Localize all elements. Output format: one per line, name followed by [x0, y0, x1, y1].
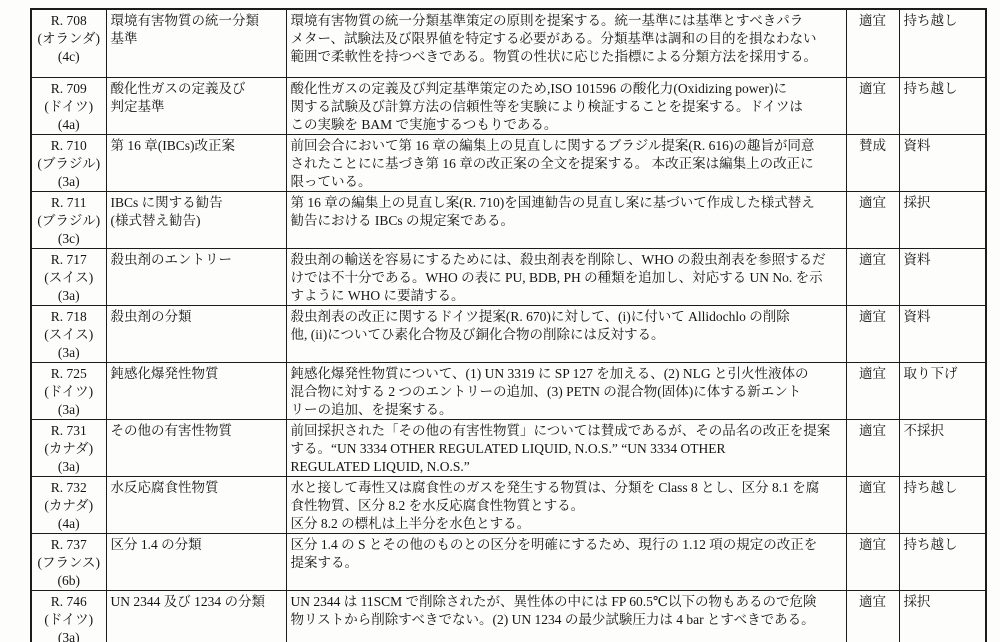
opinion-cell: 賛成 [846, 134, 899, 191]
subject-cell: 鈍感化爆発性物質 [106, 362, 286, 419]
opinion-cell: 適宜 [846, 9, 899, 77]
doc-number-cell: R. 732 (カナダ) (4a) [31, 476, 106, 533]
opinion-cell: 適宜 [846, 590, 899, 642]
table-row: R. 718 (スイス) (3a) 殺虫剤の分類 殺虫剤表の改正に関するドイツ提… [31, 305, 986, 362]
result-cell: 持ち越し [899, 533, 986, 590]
summary-cell: 第 16 章の編集上の見直し案(R. 710)を国連勧告の見直し案に基づいて作成… [286, 191, 846, 248]
table-row: R. 725 (ドイツ) (3a) 鈍感化爆発性物質 鈍感化爆発性物質について、… [31, 362, 986, 419]
doc-number-cell: R. 725 (ドイツ) (3a) [31, 362, 106, 419]
doc-number-cell: R. 708 (オランダ) (4c) [31, 9, 106, 77]
subject-cell: 酸化性ガスの定義及び 判定基準 [106, 77, 286, 134]
subject-cell: その他の有害性物質 [106, 419, 286, 476]
opinion-cell: 適宜 [846, 362, 899, 419]
summary-cell: 前回採択された「その他の有害性物質」については賛成であるが、その品名の改正を提案… [286, 419, 846, 476]
subject-cell: 水反応腐食性物質 [106, 476, 286, 533]
result-cell: 持ち越し [899, 9, 986, 77]
result-cell: 取り下げ [899, 362, 986, 419]
subject-cell: IBCs に関する勧告 (様式替え勧告) [106, 191, 286, 248]
summary-cell: UN 2344 は 11SCM で削除されたが、異性体の中には FP 60.5℃… [286, 590, 846, 642]
summary-cell: 環境有害物質の統一分類基準策定の原則を提案する。統一基準には基準とすべきパラ メ… [286, 9, 846, 77]
summary-cell: 鈍感化爆発性物質について、(1) UN 3319 に SP 127 を加える、(… [286, 362, 846, 419]
doc-number-cell: R. 717 (スイス) (3a) [31, 248, 106, 305]
doc-number-cell: R. 709 (ドイツ) (4a) [31, 77, 106, 134]
doc-number-cell: R. 746 (ドイツ) (3a) [31, 590, 106, 642]
doc-number-cell: R. 718 (スイス) (3a) [31, 305, 106, 362]
result-cell: 持ち越し [899, 476, 986, 533]
subject-cell: 第 16 章(IBCs)改正案 [106, 134, 286, 191]
subject-cell: 殺虫剤の分類 [106, 305, 286, 362]
table-row: R. 711 (ブラジル) (3c) IBCs に関する勧告 (様式替え勧告) … [31, 191, 986, 248]
table-row: R. 708 (オランダ) (4c) 環境有害物質の統一分類 基準 環境有害物質… [31, 9, 986, 77]
table-row: R. 732 (カナダ) (4a) 水反応腐食性物質 水と接して毒性又は腐食性の… [31, 476, 986, 533]
table-row: R. 709 (ドイツ) (4a) 酸化性ガスの定義及び 判定基準 酸化性ガスの… [31, 77, 986, 134]
opinion-cell: 適宜 [846, 248, 899, 305]
table-row: R. 737 (フランス) (6b) 区分 1.4 の分類 区分 1.4 の S… [31, 533, 986, 590]
subject-cell: UN 2344 及び 1234 の分類 [106, 590, 286, 642]
result-cell: 持ち越し [899, 77, 986, 134]
result-cell: 資料 [899, 134, 986, 191]
subject-cell: 環境有害物質の統一分類 基準 [106, 9, 286, 77]
opinion-cell: 適宜 [846, 191, 899, 248]
summary-cell: 前回会合において第 16 章の編集上の見直しに関するブラジル提案(R. 616)… [286, 134, 846, 191]
table-row: R. 746 (ドイツ) (3a) UN 2344 及び 1234 の分類 UN… [31, 590, 986, 642]
subject-cell: 区分 1.4 の分類 [106, 533, 286, 590]
summary-cell: 殺虫剤表の改正に関するドイツ提案(R. 670)に対して、(i)に付いて All… [286, 305, 846, 362]
result-cell: 資料 [899, 248, 986, 305]
doc-number-cell: R. 711 (ブラジル) (3c) [31, 191, 106, 248]
table-row: R. 710 (ブラジル) (3a) 第 16 章(IBCs)改正案 前回会合に… [31, 134, 986, 191]
summary-cell: 水と接して毒性又は腐食性のガスを発生する物質は、分類を Class 8 とし、区… [286, 476, 846, 533]
opinion-cell: 適宜 [846, 533, 899, 590]
table-row: R. 731 (カナダ) (3a) その他の有害性物質 前回採択された「その他の… [31, 419, 986, 476]
summary-cell: 区分 1.4 の S とその他のものとの区分を明確にするため、現行の 1.12 … [286, 533, 846, 590]
doc-number-cell: R. 731 (カナダ) (3a) [31, 419, 106, 476]
subject-cell: 殺虫剤のエントリー [106, 248, 286, 305]
doc-number-cell: R. 710 (ブラジル) (3a) [31, 134, 106, 191]
scanned-document-page: R. 708 (オランダ) (4c) 環境有害物質の統一分類 基準 環境有害物質… [0, 0, 1000, 642]
opinion-cell: 適宜 [846, 77, 899, 134]
opinion-cell: 適宜 [846, 305, 899, 362]
result-cell: 採択 [899, 191, 986, 248]
summary-cell: 酸化性ガスの定義及び判定基準策定のため,ISO 101596 の酸化力(Oxid… [286, 77, 846, 134]
result-cell: 資料 [899, 305, 986, 362]
result-cell: 採択 [899, 590, 986, 642]
opinion-cell: 適宜 [846, 419, 899, 476]
opinion-cell: 適宜 [846, 476, 899, 533]
proposal-review-table: R. 708 (オランダ) (4c) 環境有害物質の統一分類 基準 環境有害物質… [30, 8, 987, 642]
doc-number-cell: R. 737 (フランス) (6b) [31, 533, 106, 590]
summary-cell: 殺虫剤の輸送を容易にするためには、殺虫剤表を削除し、WHO の殺虫剤表を参照する… [286, 248, 846, 305]
result-cell: 不採択 [899, 419, 986, 476]
table-row: R. 717 (スイス) (3a) 殺虫剤のエントリー 殺虫剤の輸送を容易にする… [31, 248, 986, 305]
